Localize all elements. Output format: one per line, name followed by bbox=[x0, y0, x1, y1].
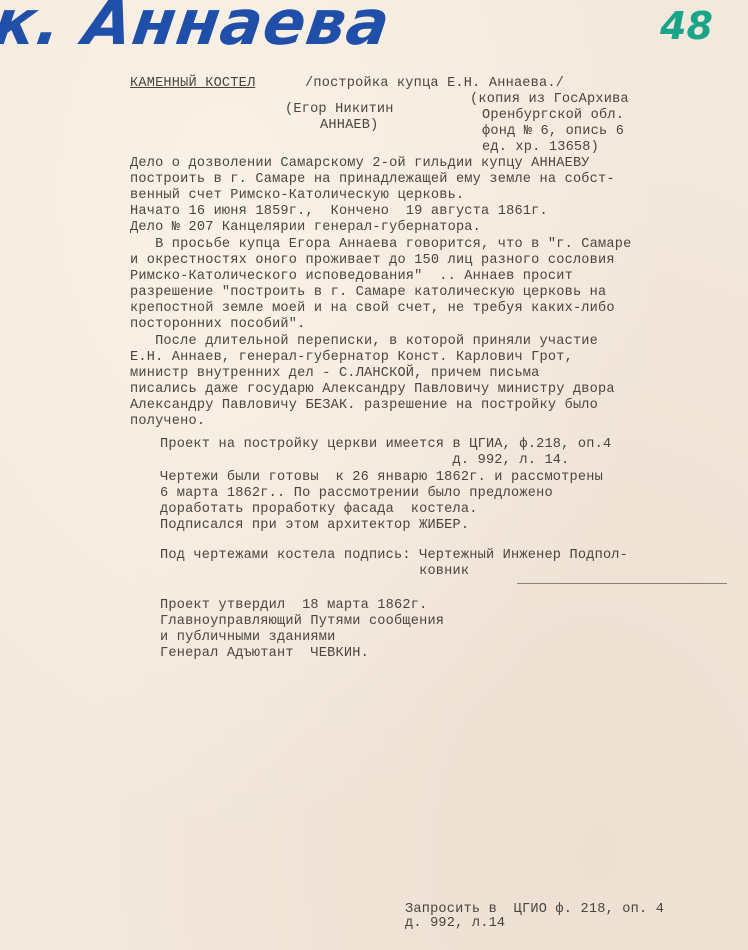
text-line: министр внутренних дел - С.ЛАНСКОЙ, прич… bbox=[130, 366, 540, 381]
text-line: Дело № 207 Канцелярии генерал-губернатор… bbox=[130, 220, 481, 235]
text-line: получено. bbox=[130, 414, 205, 429]
document-title: КАМЕННЫЙ КОСТЕЛ bbox=[130, 76, 255, 91]
document-subtitle: /постройка купца Е.Н. Аннаева./ bbox=[305, 76, 564, 91]
text-line: Главноуправляющий Путями сообщения bbox=[160, 614, 444, 629]
text-line: Е.Н. Аннаев, генерал-губернатор Конст. К… bbox=[130, 350, 573, 365]
text-line: посторонних пособий". bbox=[130, 317, 306, 332]
source-line: Оренбургской обл. bbox=[482, 108, 624, 123]
text-line: В просьбе купца Егора Аннаева говорится,… bbox=[130, 237, 631, 252]
person-name-line2: АННАЕВ) bbox=[320, 118, 379, 133]
page-number: 48 bbox=[660, 4, 713, 48]
text-line: ковник bbox=[160, 564, 469, 579]
text-line: Чертежи были готовы к 26 январю 1862г. и… bbox=[160, 470, 603, 485]
text-line: Римско-Католического исповедования" .. А… bbox=[130, 269, 573, 284]
text-line: доработать проработку фасада костела. bbox=[160, 502, 478, 517]
text-line: Начато 16 июня 1859г., Кончено 19 август… bbox=[130, 204, 548, 219]
text-line: Запросить в ЦГИО ф. 218, оп. 4 bbox=[405, 902, 664, 917]
text-line: Подписался при этом архитектор ЖИБЕР. bbox=[160, 518, 469, 533]
person-name-line1: (Егор Никитин bbox=[285, 102, 394, 117]
text-line: и окрестностях оного проживает до 150 ли… bbox=[130, 253, 615, 268]
text-line: построить в г. Самаре на принадлежащей е… bbox=[130, 172, 615, 187]
text-line: Александру Павловичу БЕЗАК. разрешение н… bbox=[130, 398, 598, 413]
source-line: фонд № 6, опись 6 bbox=[482, 124, 624, 139]
text-line: писались даже государю Александру Павлов… bbox=[130, 382, 615, 397]
text-line: Проект на постройку церкви имеется в ЦГИ… bbox=[160, 437, 611, 452]
signature-underline bbox=[517, 583, 727, 584]
text-line: После длительной переписки, в которой пр… bbox=[130, 334, 598, 349]
handwritten-title: к. Аннаева bbox=[0, 0, 395, 59]
text-line: венный счет Римско-Католическую церковь. bbox=[130, 188, 464, 203]
source-line: (копия из ГосАрхива bbox=[470, 92, 629, 107]
text-line: Под чертежами костела подпись: Чертежный… bbox=[160, 548, 628, 563]
text-line: Генерал Адъютант ЧЕВКИН. bbox=[160, 646, 369, 661]
text-line: д. 992, л.14 bbox=[405, 916, 505, 931]
text-line: разрешение "построить в г. Самаре католи… bbox=[130, 285, 606, 300]
text-line: Дело о дозволении Самарскому 2-ой гильди… bbox=[130, 156, 590, 171]
text-line: и публичными зданиями bbox=[160, 630, 336, 645]
source-line: ед. хр. 13658) bbox=[482, 140, 599, 155]
text-line: крепостной земле моей и на свой счет, не… bbox=[130, 301, 615, 316]
text-line: д. 992, л. 14. bbox=[160, 453, 570, 468]
text-line: Проект утвердил 18 марта 1862г. bbox=[160, 598, 427, 613]
text-line: 6 марта 1862г.. По рассмотрении было пре… bbox=[160, 486, 553, 501]
